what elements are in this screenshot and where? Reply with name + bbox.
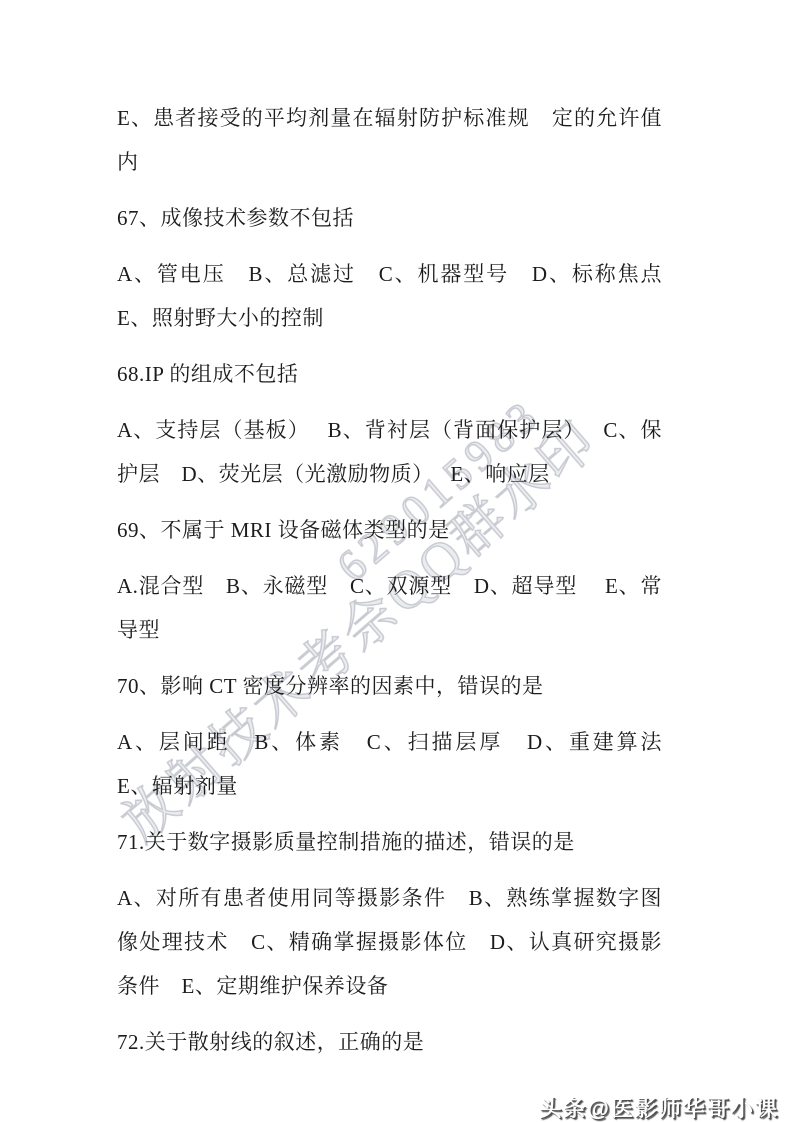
question-67: 67、成像技术参数不包括	[117, 196, 662, 240]
option-line-e-q66: E、患者接受的平均剂量在辐射防护标准规 定的允许值内	[117, 96, 662, 184]
document-page: 629015983 放射技术考佘QQ群水印 E、患者接受的平均剂量在辐射防护标准…	[0, 0, 793, 1122]
question-69: 69、不属于 MRI 设备磁体类型的是	[117, 508, 662, 552]
question-70: 70、影响 CT 密度分辨率的因素中，错误的是	[117, 664, 662, 708]
question-68: 68.IP 的组成不包括	[117, 352, 662, 396]
options-68: A、支持层（基板） B、背衬层（背面保护层） C、保护层 D、荧光层（光激励物质…	[117, 408, 662, 496]
options-67: A、管电压 B、总滤过 C、机器型号 D、标称焦点 E、照射野大小的控制	[117, 252, 662, 340]
question-72: 72.关于散射线的叙述，正确的是	[117, 1020, 662, 1064]
options-70: A、层间距 B、体素 C、扫描层厚 D、重建算法 E、辐射剂量	[117, 720, 662, 808]
exam-text-block: E、患者接受的平均剂量在辐射防护标准规 定的允许值内 67、成像技术参数不包括 …	[117, 96, 662, 1076]
toutiao-author-watermark: 头条@医影师华哥小课	[540, 1092, 779, 1122]
question-71: 71.关于数字摄影质量控制措施的描述，错误的是	[117, 820, 662, 864]
options-69: A.混合型 B、永磁型 C、双源型 D、超导型 E、常导型	[117, 564, 662, 652]
options-71: A、对所有患者使用同等摄影条件 B、熟练掌握数字图像处理技术 C、精确掌握摄影体…	[117, 876, 662, 1008]
